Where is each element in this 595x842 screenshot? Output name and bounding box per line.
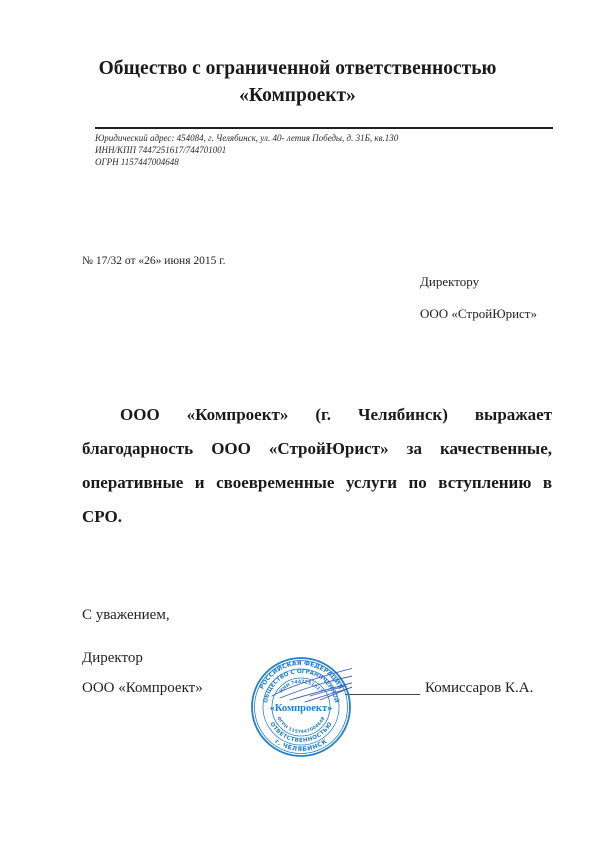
- stamp-company-name: «Компроект»: [270, 703, 333, 714]
- letter-body: ООО «Компроект» (г. Челябинск) выражает …: [82, 398, 552, 534]
- closing-position: Директор: [82, 650, 143, 667]
- closing-regards: С уважением,: [82, 607, 170, 624]
- signer-name: Комиссаров К.А.: [425, 680, 533, 697]
- inn-kpp: ИНН/КПП 7447251617/744701001: [95, 145, 226, 156]
- letterhead-divider: [95, 127, 553, 129]
- ogrn: ОГРН 1157447004648: [95, 157, 179, 168]
- org-name-line1: Общество с ограниченной ответственностью: [0, 56, 595, 82]
- recipient-company: ООО «СтройЮрист»: [420, 306, 537, 322]
- recipient-position: Директору: [420, 274, 479, 290]
- org-name-line2: «Компроект»: [0, 83, 595, 109]
- letter-reference: № 17/32 от «26» июня 2015 г.: [82, 255, 226, 267]
- legal-address: Юридический адрес: 454084, г. Челябинск,…: [95, 133, 398, 144]
- closing-company: ООО «Компроект»: [82, 680, 203, 697]
- signature-line: [345, 694, 420, 695]
- company-stamp: РОССИЙСКАЯ ФЕДЕРАЦИЯ ОБЩЕСТВО С ОГРАНИЧЕ…: [250, 656, 352, 758]
- body-paragraph: ООО «Компроект» (г. Челябинск) выражает …: [82, 398, 552, 534]
